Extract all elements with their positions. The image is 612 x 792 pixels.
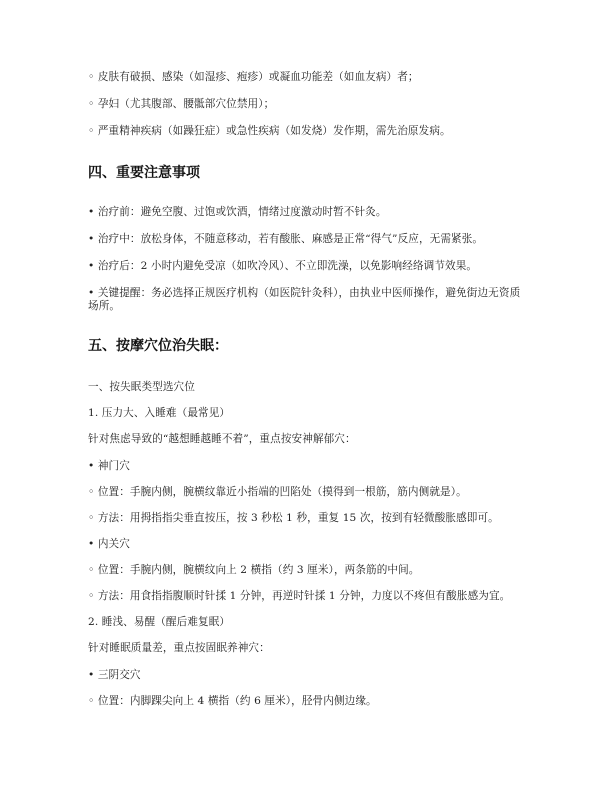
- acupoint-name: • 三阴交穴: [88, 669, 528, 682]
- contraindication-item: ◦ 皮肤有破损、感染（如湿疹、疱疹）或凝血功能差（如血友病）者；: [88, 71, 528, 84]
- subsection-title: 一、按失眠类型选穴位: [88, 381, 528, 394]
- precaution-item-key-reminder: • 关键提醒：务必选择正规医疗机构（如医院针灸科），由执业中医师操作，避免街边无…: [88, 287, 528, 313]
- acupoint-name: • 神门穴: [88, 460, 528, 473]
- precaution-item: • 治疗前：避免空腹、过饱或饮酒，情绪过度激动时暂不针灸。: [88, 206, 528, 219]
- insomnia-type-title: 2. 睡浅、易醒（醒后难复眠）: [88, 616, 528, 629]
- precaution-item: • 治疗中：放松身体，不随意移动，若有酸胀、麻感是正常“得气”反应，无需紧张。: [88, 233, 528, 246]
- acupoint-method: ◦ 方法：用食指指腹顺时针揉 1 分钟，再逆时针揉 1 分钟，力度以不疼但有酸胀…: [88, 590, 528, 603]
- section-heading-precautions: 四、重要注意事项: [88, 164, 200, 182]
- contraindication-item: ◦ 严重精神疾病（如躁狂症）或急性疾病（如发烧）发作期，需先治原发病。: [88, 125, 528, 138]
- acupoint-location: ◦ 位置：内脚踝尖向上 4 横指（约 6 厘米），胫骨内侧边缘。: [88, 695, 528, 708]
- section-heading-massage: 五、按摩穴位治失眠：: [88, 337, 228, 355]
- insomnia-type-title: 1. 压力大、入睡难（最常见）: [88, 407, 528, 420]
- acupoint-name: • 内关穴: [88, 538, 528, 551]
- contraindication-item: ◦ 孕妇（尤其腹部、腰骶部穴位禁用）；: [88, 98, 528, 111]
- precaution-item: • 治疗后：2 小时内避免受凉（如吹冷风）、不立即洗澡，以免影响经络调节效果。: [88, 260, 528, 273]
- acupoint-location: ◦ 位置：手腕内侧，腕横纹向上 2 横指（约 3 厘米），两条筋的中间。: [88, 564, 528, 577]
- insomnia-type-intro: 针对焦虑导致的“越想睡越睡不着”，重点按安神解郁穴：: [88, 433, 528, 446]
- insomnia-type-intro: 针对睡眠质量差，重点按固眠养神穴：: [88, 642, 528, 655]
- acupoint-location: ◦ 位置：手腕内侧，腕横纹靠近小指端的凹陷处（摸得到一根筋，筋内侧就是）。: [88, 486, 528, 499]
- acupoint-method: ◦ 方法：用拇指指尖垂直按压，按 3 秒松 1 秒，重复 15 次，按到有轻微酸…: [88, 512, 528, 525]
- document-page: ◦ 皮肤有破损、感染（如湿疹、疱疹）或凝血功能差（如血友病）者； ◦ 孕妇（尤其…: [0, 0, 612, 792]
